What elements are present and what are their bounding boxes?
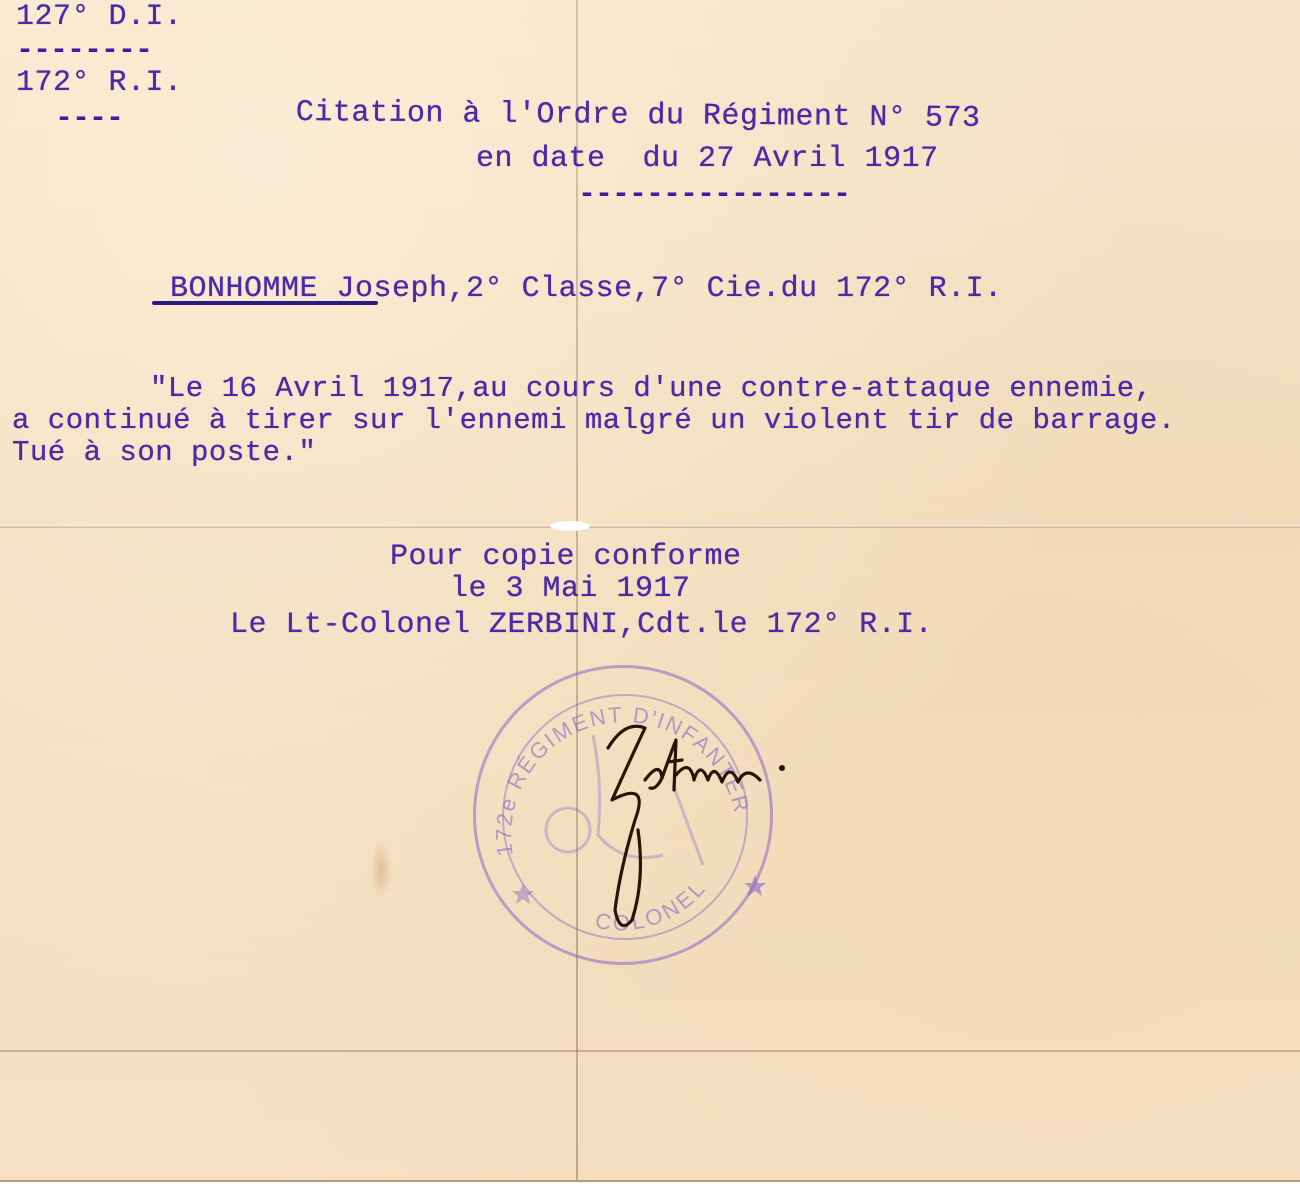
certification-date: le 3 Mai 1917 (450, 574, 691, 604)
regiment-rule: ---- (55, 104, 123, 134)
regiment-label: 172° R.I. (16, 68, 183, 98)
paper-stain (370, 840, 392, 900)
commander-line: Le Lt-Colonel ZERBINI,Cdt.le 172° R.I. (230, 610, 933, 640)
certification-line-1: Pour copie conforme (390, 542, 742, 572)
citation-title: Citation à l'Ordre du Régiment N° 573 (296, 98, 981, 134)
division-label: 127° D.I. (16, 2, 183, 32)
citation-date: en date du 27 Avril 1917 (476, 144, 939, 174)
soldier-name-line: BONHOMME Joseph,2° Classe,7° Cie.du 172°… (170, 274, 1003, 304)
division-rule: -------- (16, 36, 152, 66)
citation-text-line-1: "Le 16 Avril 1917,au cours d'une contre-… (150, 374, 1153, 403)
paper-tear (550, 521, 590, 531)
horizontal-fold-line-lower (0, 1050, 1300, 1052)
scan-bottom-edge (0, 1180, 1300, 1195)
surname-underline (152, 301, 378, 305)
title-rule: ---------------- (578, 180, 850, 210)
citation-text-line-2: a continué à tirer sur l'ennemi malgré u… (12, 406, 1176, 435)
signature-icon (590, 710, 800, 940)
horizontal-fold-line-upper (0, 525, 1300, 528)
soldier-details: Joseph,2° Classe,7° Cie.du 172° R.I. (318, 272, 1003, 306)
citation-text-line-3: Tué à son poste." (12, 438, 316, 467)
